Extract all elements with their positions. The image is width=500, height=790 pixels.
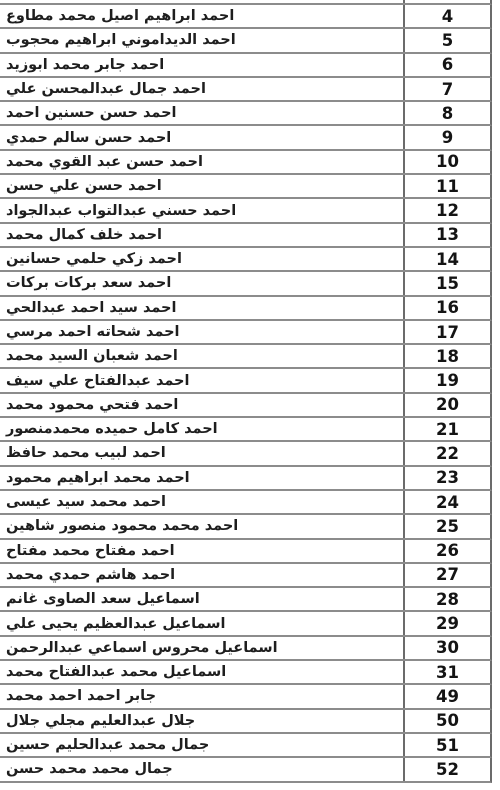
roster-table: احمد ابراهيم اصيل محمد مطاوع 4 احمد الدي… xyxy=(0,0,492,783)
member-number: 19 xyxy=(405,369,490,391)
member-number: 28 xyxy=(405,588,490,610)
table-row: احمد زكي حلمي حسانين 14 xyxy=(0,248,492,272)
table-row: احمد حسن سالم حمدي 9 xyxy=(0,126,492,150)
table-row: جابر احمد احمد محمد 49 xyxy=(0,685,492,709)
member-number: 51 xyxy=(405,734,490,756)
table-row: احمد هاشم حمدي محمد 27 xyxy=(0,564,492,588)
table-row: جلال عبدالعليم مجلي جلال 50 xyxy=(0,710,492,734)
member-name-cell: احمد كامل حميده محمدمنصور xyxy=(0,418,403,440)
table-row: اسماعيل سعد الصاوى غانم 28 xyxy=(0,588,492,612)
member-name: اسماعيل محمد عبدالفتاح محمد xyxy=(6,664,235,680)
member-number: 27 xyxy=(405,564,490,586)
member-number: 30 xyxy=(405,637,490,659)
member-name-cell: احمد الديداموني ابراهيم محجوب xyxy=(0,29,403,51)
member-name: احمد جابر محمد ابوزيد xyxy=(6,57,173,73)
member-name: احمد محمد محمود منصور شاهين xyxy=(6,518,247,534)
member-name-cell: اسماعيل محمد عبدالفتاح محمد xyxy=(0,661,403,683)
table-row: احمد شحاته احمد مرسي 17 xyxy=(0,321,492,345)
table-row: احمد سعد بركات بركات 15 xyxy=(0,272,492,296)
member-name-cell: احمد مفتاح محمد مفتاح xyxy=(0,540,403,562)
member-name: احمد شعبان السيد محمد xyxy=(6,348,187,364)
member-name-cell: احمد حسن علي حسن xyxy=(0,175,403,197)
table-row: احمد عبدالفتاح علي سيف 19 xyxy=(0,369,492,393)
member-name-cell: اسماعيل سعد الصاوى غانم xyxy=(0,588,403,610)
member-number: 4 xyxy=(405,5,490,27)
member-number: 7 xyxy=(405,78,490,100)
member-number: 52 xyxy=(405,758,490,780)
table-row: احمد حسني عبدالتواب عبدالجواد 12 xyxy=(0,199,492,223)
member-name: جلال عبدالعليم مجلي جلال xyxy=(6,713,204,729)
member-name: احمد محمد ابراهيم محمود xyxy=(6,470,199,486)
member-number: 25 xyxy=(405,515,490,537)
member-name: احمد حسن علي حسن xyxy=(6,178,171,194)
table-row: احمد جمال عبدالمحسن علي 7 xyxy=(0,78,492,102)
member-name-cell: احمد محمد ابراهيم محمود xyxy=(0,467,403,489)
table-row: احمد مفتاح محمد مفتاح 26 xyxy=(0,540,492,564)
member-name: احمد مفتاح محمد مفتاح xyxy=(6,543,184,559)
member-name-cell: احمد شحاته احمد مرسي xyxy=(0,321,403,343)
member-name: اسماعيل محروس اسماعي عبدالرحمن xyxy=(6,640,287,656)
member-number: 12 xyxy=(405,199,490,221)
table-row: احمد شعبان السيد محمد 18 xyxy=(0,345,492,369)
member-name: احمد لبيب محمد حافظ xyxy=(6,445,175,461)
member-name: جابر احمد احمد محمد xyxy=(6,688,165,704)
member-name-cell: احمد حسن عبد القوي محمد xyxy=(0,151,403,173)
member-name-cell: اسماعيل محروس اسماعي عبدالرحمن xyxy=(0,637,403,659)
member-number: 8 xyxy=(405,102,490,124)
member-name-cell: احمد ابراهيم اصيل محمد مطاوع xyxy=(0,5,403,27)
table-row: احمد خلف كمال محمد 13 xyxy=(0,224,492,248)
table-row: احمد حسن عبد القوي محمد 10 xyxy=(0,151,492,175)
member-number: 11 xyxy=(405,175,490,197)
member-name: احمد محمد سيد عيسى xyxy=(6,494,175,510)
member-number: 21 xyxy=(405,418,490,440)
member-name: جمال محمد محمد حسن xyxy=(6,761,182,777)
member-name-cell: احمد حسن سالم حمدي xyxy=(0,126,403,148)
member-name-cell: احمد جابر محمد ابوزيد xyxy=(0,54,403,76)
table-row: جمال محمد محمد حسن 52 xyxy=(0,758,492,782)
member-name-cell: احمد لبيب محمد حافظ xyxy=(0,442,403,464)
table-row: احمد الديداموني ابراهيم محجوب 5 xyxy=(0,29,492,53)
member-name: احمد حسن حسنين احمد xyxy=(6,105,186,121)
member-name: احمد سعد بركات بركات xyxy=(6,275,180,291)
member-name: جمال محمد عبدالحليم حسين xyxy=(6,737,218,753)
member-name: احمد كامل حميده محمدمنصور xyxy=(6,421,227,437)
member-number: 29 xyxy=(405,612,490,634)
member-number: 17 xyxy=(405,321,490,343)
member-number: 16 xyxy=(405,297,490,319)
table-row: اسماعيل محروس اسماعي عبدالرحمن 30 xyxy=(0,637,492,661)
member-name-cell: جمال محمد عبدالحليم حسين xyxy=(0,734,403,756)
table-row: اسماعيل عبدالعظيم يحيى علي 29 xyxy=(0,612,492,636)
table-body: احمد ابراهيم اصيل محمد مطاوع 4 احمد الدي… xyxy=(0,5,492,783)
member-name-cell: جابر احمد احمد محمد xyxy=(0,685,403,707)
member-name: احمد زكي حلمي حسانين xyxy=(6,251,191,267)
member-name: احمد خلف كمال محمد xyxy=(6,227,171,243)
member-number: 10 xyxy=(405,151,490,173)
member-number: 24 xyxy=(405,491,490,513)
member-number: 49 xyxy=(405,685,490,707)
member-name-cell: اسماعيل عبدالعظيم يحيى علي xyxy=(0,612,403,634)
member-number-cell xyxy=(405,0,490,3)
member-name-cell: جلال عبدالعليم مجلي جلال xyxy=(0,710,403,732)
member-number: 5 xyxy=(405,29,490,51)
member-number: 23 xyxy=(405,467,490,489)
member-name: احمد جمال عبدالمحسن علي xyxy=(6,81,215,97)
member-name: احمد حسن عبد القوي محمد xyxy=(6,154,212,170)
member-number: 22 xyxy=(405,442,490,464)
table-row: احمد جابر محمد ابوزيد 6 xyxy=(0,54,492,78)
member-name-cell: احمد عبدالفتاح علي سيف xyxy=(0,369,403,391)
member-name: اسماعيل عبدالعظيم يحيى علي xyxy=(6,616,235,632)
table-row: احمد ابراهيم اصيل محمد مطاوع 4 xyxy=(0,5,492,29)
member-name-cell: احمد زكي حلمي حسانين xyxy=(0,248,403,270)
member-name: احمد عبدالفتاح علي سيف xyxy=(6,373,198,389)
member-number: 9 xyxy=(405,126,490,148)
table-row: احمد حسن علي حسن 11 xyxy=(0,175,492,199)
member-name-cell: احمد سعد بركات بركات xyxy=(0,272,403,294)
member-number: 20 xyxy=(405,394,490,416)
member-name: احمد الديداموني ابراهيم محجوب xyxy=(6,32,245,48)
member-name: احمد ابراهيم اصيل محمد مطاوع xyxy=(6,8,243,24)
member-name: احمد حسني عبدالتواب عبدالجواد xyxy=(6,203,245,219)
table-row: احمد محمد محمود منصور شاهين 25 xyxy=(0,515,492,539)
member-name-cell: احمد فتحي محمود محمد xyxy=(0,394,403,416)
member-number: 18 xyxy=(405,345,490,367)
table-row: احمد حسن حسنين احمد 8 xyxy=(0,102,492,126)
member-name: احمد سيد احمد عبدالحي xyxy=(6,300,185,316)
member-number: 14 xyxy=(405,248,490,270)
member-name-cell: احمد حسني عبدالتواب عبدالجواد xyxy=(0,199,403,221)
table-row: احمد محمد سيد عيسى 24 xyxy=(0,491,492,515)
member-name-cell: احمد سيد احمد عبدالحي xyxy=(0,297,403,319)
member-name-cell: احمد هاشم حمدي محمد xyxy=(0,564,403,586)
member-name-cell: جمال محمد محمد حسن xyxy=(0,758,403,780)
scanned-page: احمد ابراهيم اصيل محمد مطاوع 4 احمد الدي… xyxy=(0,0,500,790)
table-row: احمد كامل حميده محمدمنصور 21 xyxy=(0,418,492,442)
member-name-cell: احمد شعبان السيد محمد xyxy=(0,345,403,367)
member-name: احمد شحاته احمد مرسي xyxy=(6,324,189,340)
member-name: احمد فتحي محمود محمد xyxy=(6,397,187,413)
member-name: احمد حسن سالم حمدي xyxy=(6,130,180,146)
table-row: احمد فتحي محمود محمد 20 xyxy=(0,394,492,418)
member-number: 6 xyxy=(405,54,490,76)
table-row: احمد لبيب محمد حافظ 22 xyxy=(0,442,492,466)
member-name-cell xyxy=(0,0,403,3)
table-row: احمد سيد احمد عبدالحي 16 xyxy=(0,297,492,321)
member-number: 13 xyxy=(405,224,490,246)
member-name-cell: احمد حسن حسنين احمد xyxy=(0,102,403,124)
table-row: احمد محمد ابراهيم محمود 23 xyxy=(0,467,492,491)
member-name-cell: احمد محمد سيد عيسى xyxy=(0,491,403,513)
member-name: اسماعيل سعد الصاوى غانم xyxy=(6,591,209,607)
member-name-cell: احمد خلف كمال محمد xyxy=(0,224,403,246)
table-row: اسماعيل محمد عبدالفتاح محمد 31 xyxy=(0,661,492,685)
member-number: 15 xyxy=(405,272,490,294)
member-name: احمد هاشم حمدي محمد xyxy=(6,567,184,583)
member-name-cell: احمد محمد محمود منصور شاهين xyxy=(0,515,403,537)
member-name-cell: احمد جمال عبدالمحسن علي xyxy=(0,78,403,100)
member-number: 26 xyxy=(405,540,490,562)
table-row: جمال محمد عبدالحليم حسين 51 xyxy=(0,734,492,758)
member-number: 31 xyxy=(405,661,490,683)
member-number: 50 xyxy=(405,710,490,732)
